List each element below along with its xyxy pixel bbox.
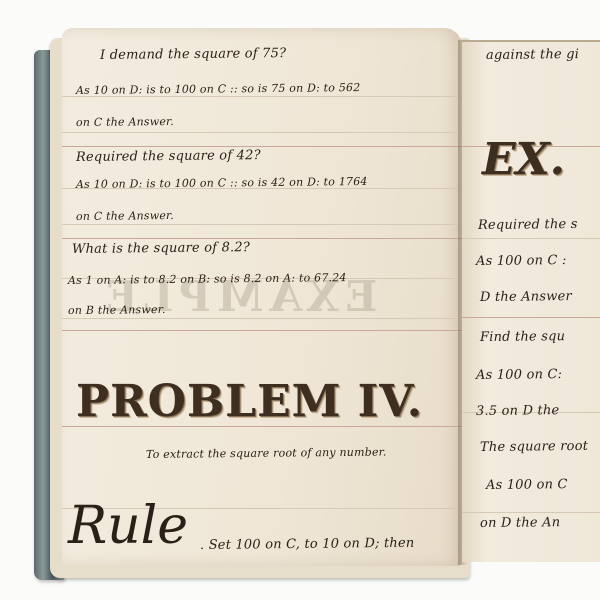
ruled-line xyxy=(62,330,462,331)
open-copybook-photo: EXAMPLE I demand the square of 75? As 10… xyxy=(0,0,600,600)
right-line-10: on D the An xyxy=(480,515,560,531)
problem-heading: PROBLEM IV. xyxy=(76,376,423,427)
problem2-answer: on C the Answer. xyxy=(76,209,174,223)
problem1-working: As 10 on D: is to 100 on C :: so is 75 o… xyxy=(76,81,361,97)
ruled-line xyxy=(62,238,462,239)
right-line-9: As 100 on C xyxy=(486,477,568,493)
right-line-6: As 100 on C: xyxy=(476,367,562,383)
rule-text: . Set 100 on C, to 10 on D; then xyxy=(200,536,415,553)
right-line-7: 3.5 on D the xyxy=(476,403,560,419)
ruled-line xyxy=(62,146,462,147)
example-heading: EX. xyxy=(482,134,565,185)
problem1-answer: on C the Answer. xyxy=(76,115,174,129)
problem-subheading: To extract the square root of any number… xyxy=(146,445,387,461)
right-page: against the gi EX. Required the s As 100… xyxy=(462,40,600,562)
right-line-3: As 100 on C : xyxy=(476,253,567,269)
ruled-line xyxy=(62,224,462,225)
ruled-line xyxy=(462,238,600,239)
ruled-line xyxy=(462,512,600,513)
problem3-question: What is the square of 8.2? xyxy=(72,240,250,257)
ruled-line xyxy=(62,132,462,133)
ruled-line xyxy=(462,317,600,318)
rule-heading: Rule xyxy=(68,496,188,556)
right-line-8: The square root xyxy=(480,439,588,455)
right-line-5: Find the squ xyxy=(480,329,565,345)
right-line-4: D the Answer xyxy=(480,289,572,305)
problem2-question: Required the square of 42? xyxy=(76,148,261,165)
left-page: EXAMPLE I demand the square of 75? As 10… xyxy=(62,28,462,566)
problem3-answer: on B the Answer. xyxy=(68,303,166,317)
problem1-question: I demand the square of 75? xyxy=(100,46,286,63)
right-line-1: against the gi xyxy=(486,47,579,63)
right-line-2: Required the s xyxy=(478,217,578,233)
